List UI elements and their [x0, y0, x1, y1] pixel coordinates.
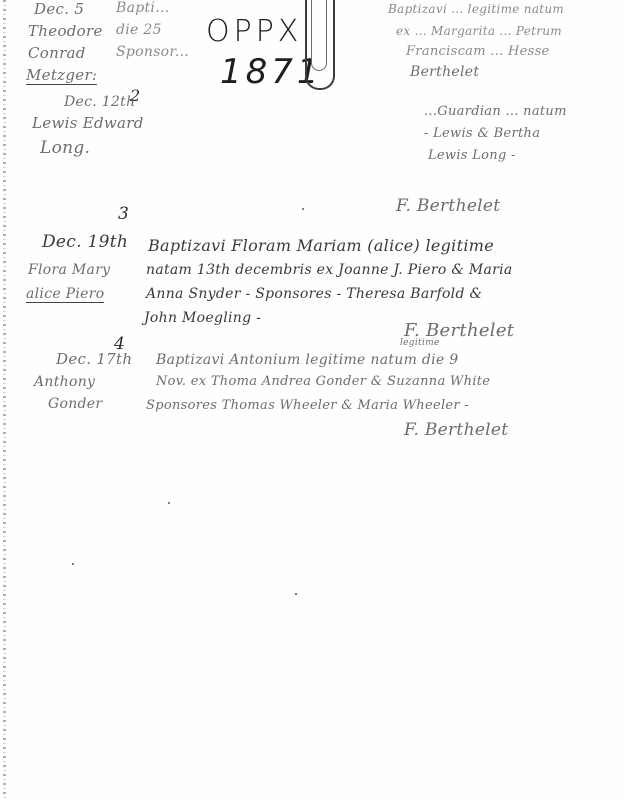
inserted-word: legitime	[400, 338, 440, 348]
signature: F. Berthelet	[396, 196, 500, 216]
body-line: John Moegling -	[144, 310, 261, 326]
body-line: Baptizavi ... legitime natum	[388, 2, 564, 16]
entry-name-line: alice Piero	[26, 286, 104, 303]
body-line: Anna Snyder - Sponsores - Theresa Barfol…	[146, 286, 482, 302]
body-line: ex ... Margarita ... Petrum	[396, 24, 562, 38]
column-fragment: die 25	[116, 22, 162, 38]
entry-name-line: Theodore	[28, 22, 103, 40]
body-line: Baptizavi Floram Mariam (alice) legitime	[148, 236, 494, 255]
body-line: Berthelet	[410, 64, 479, 80]
body-line: Sponsores Thomas Wheeler & Maria Wheeler…	[146, 398, 469, 413]
body-line: Franciscam ... Hesse	[406, 44, 550, 59]
entry-date: Dec. 17th	[56, 350, 132, 368]
body-line: Nov. ex Thoma Andrea Gonder & Suzanna Wh…	[156, 374, 490, 389]
body-line: Lewis Long -	[428, 148, 516, 163]
entry-name-line: Metzger:	[26, 66, 97, 85]
scan-edge	[3, 0, 6, 800]
entry-name-line: Long.	[40, 138, 90, 158]
entry-name-line: Lewis Edward	[32, 114, 144, 132]
body-line: ...Guardian ... natum	[424, 104, 567, 119]
paperclip-inner	[311, 0, 327, 71]
scan-speck	[168, 502, 170, 504]
entry-date: Dec. 5	[34, 0, 84, 18]
entry-name-line: Conrad	[28, 44, 86, 62]
entry-date: Dec. 12th	[64, 94, 135, 110]
body-line: natam 13th decembris ex Joanne J. Piero …	[146, 262, 513, 278]
entry-name-line: Flora Mary	[28, 262, 110, 278]
scan-speck	[72, 563, 74, 565]
scan-speck	[302, 208, 304, 210]
column-fragment: Bapti...	[116, 0, 169, 16]
body-line: Baptizavi Antonium legitime natum die 9	[156, 352, 459, 368]
archive-code: OPPX	[206, 14, 302, 49]
document-page: OPPX 1871 Dec. 5 Theodore Conrad Metzger…	[0, 0, 624, 800]
body-line: - Lewis & Bertha	[424, 126, 540, 141]
entry-number: 3	[118, 204, 129, 224]
column-fragment: Sponsor...	[116, 44, 189, 60]
entry-date: Dec. 19th	[42, 232, 128, 252]
scan-speck	[295, 593, 297, 595]
signature: F. Berthelet	[404, 420, 508, 440]
entry-name-line: Gonder	[48, 396, 102, 412]
entry-name-line: Anthony	[34, 374, 95, 390]
